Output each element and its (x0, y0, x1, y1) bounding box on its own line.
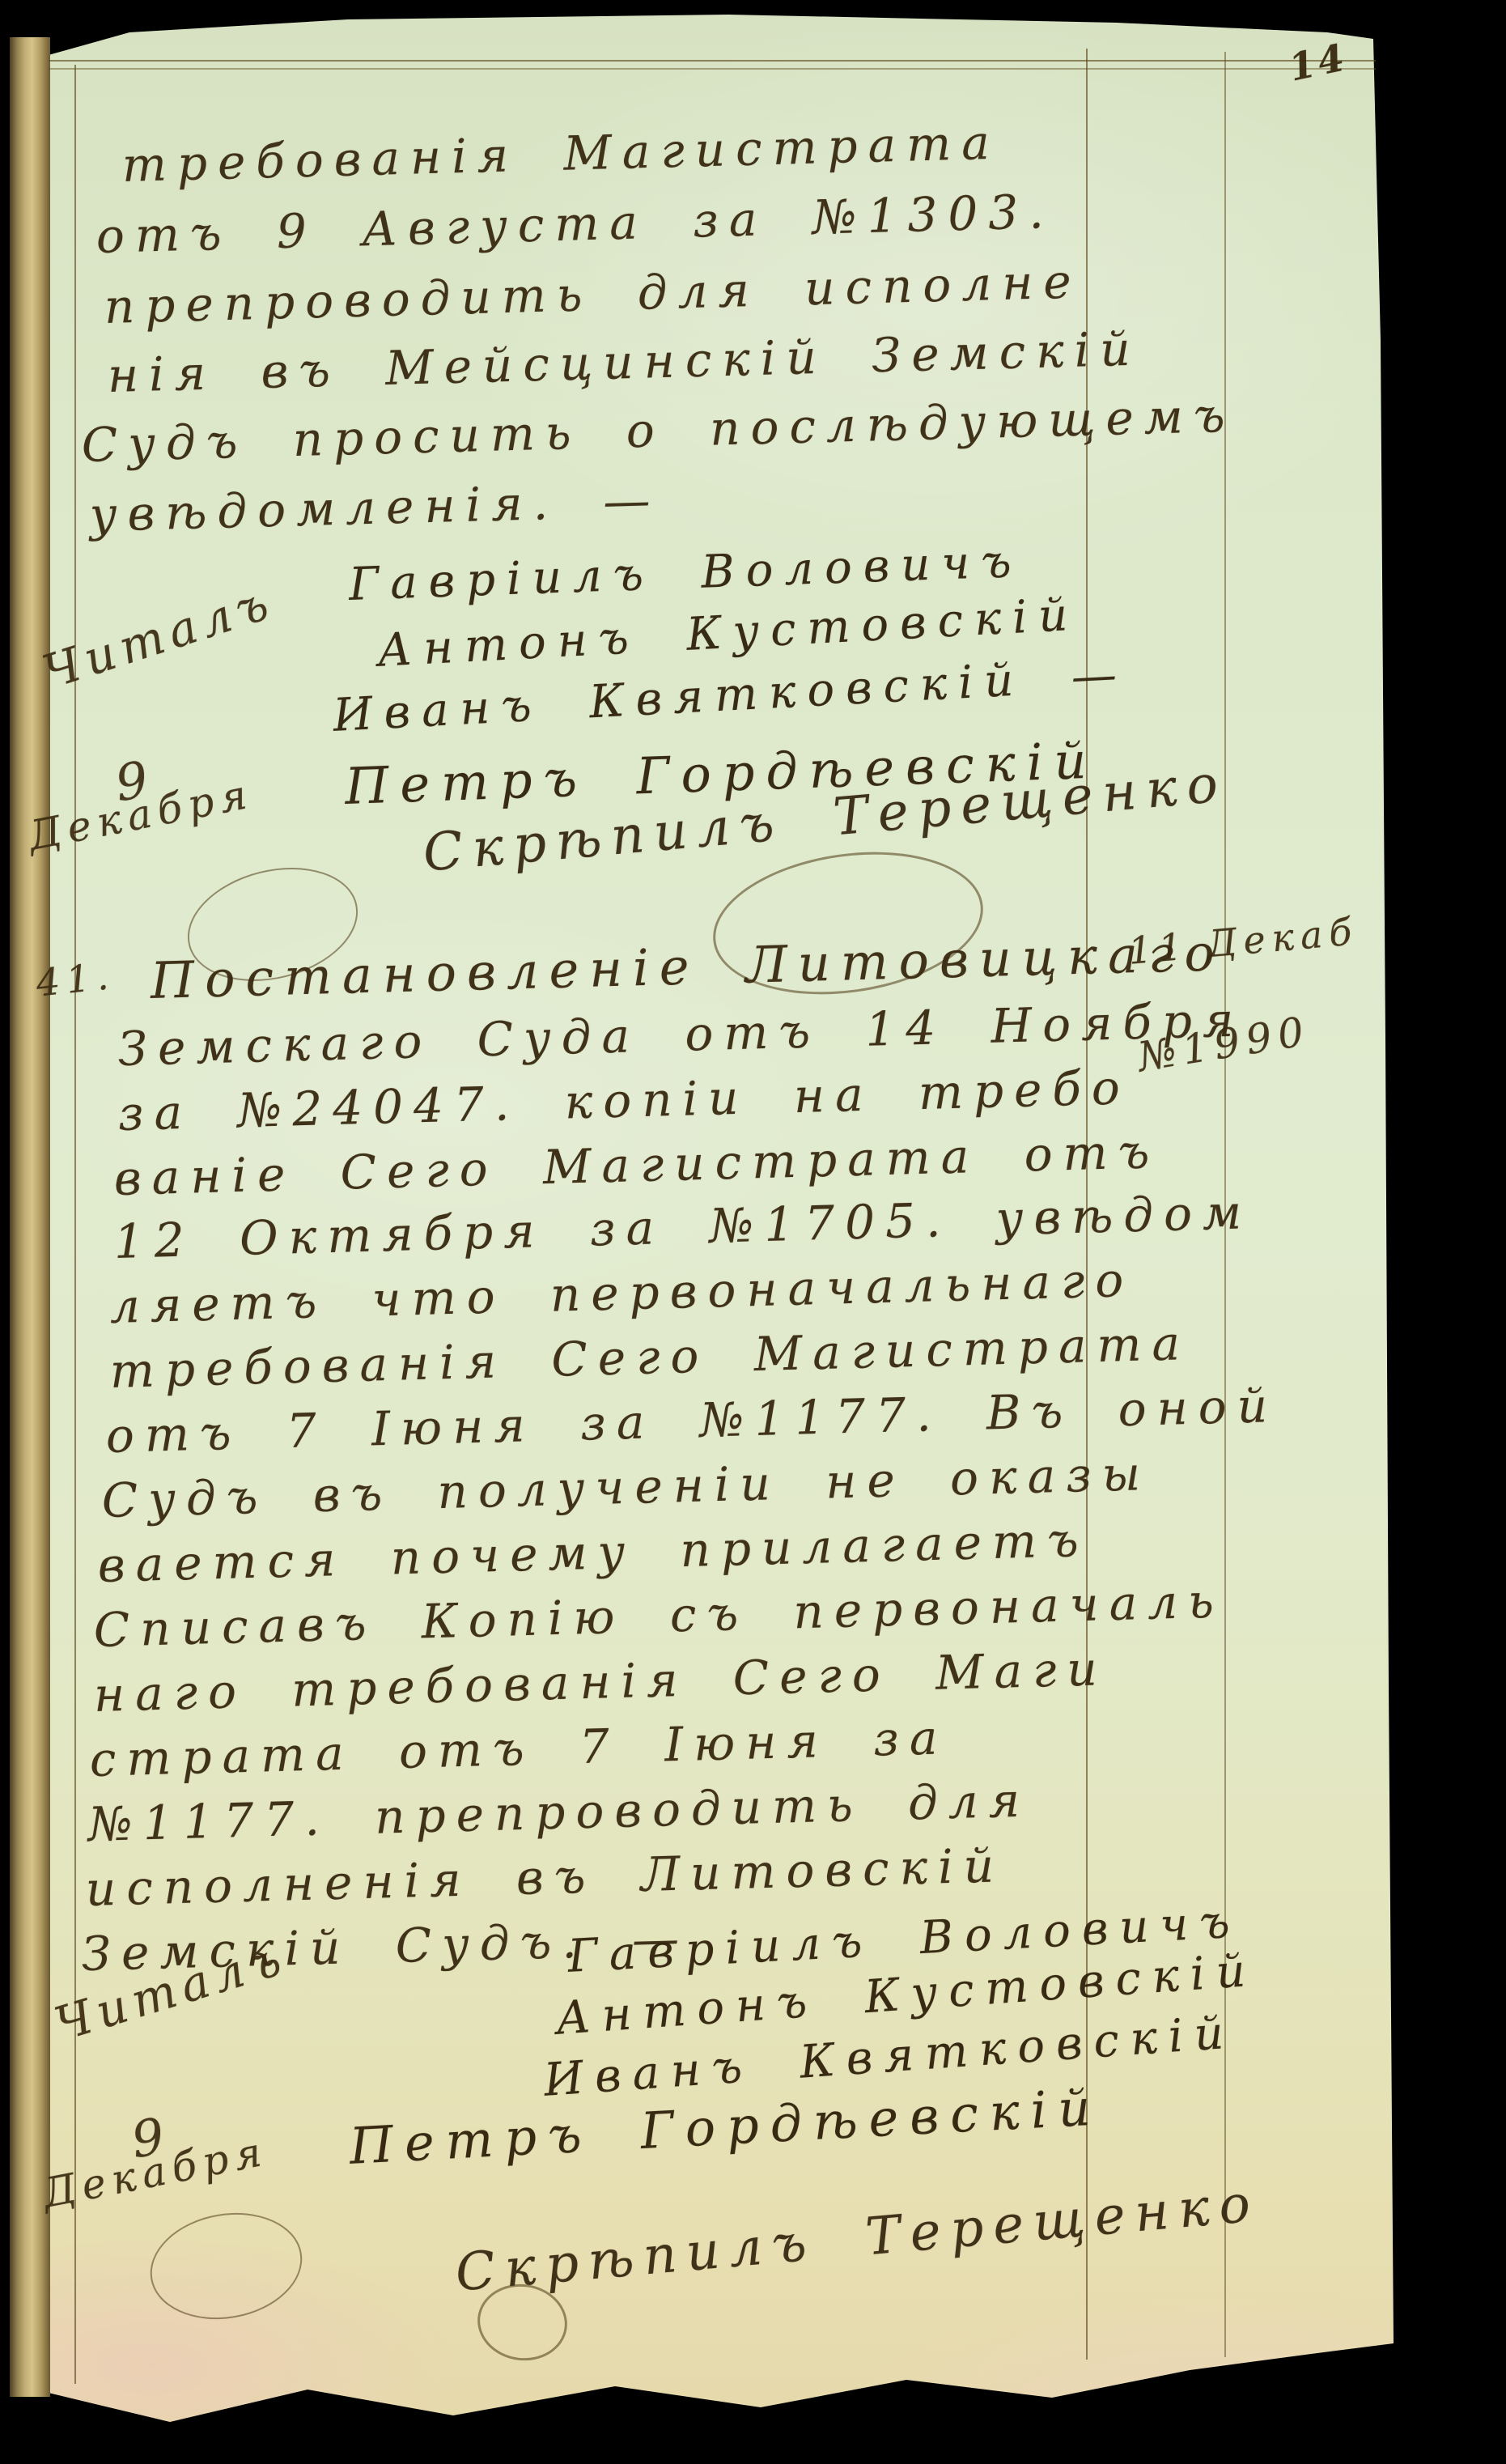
manuscript-photo: 14 требованія Магистрата отъ 9 Августа з… (0, 0, 1506, 2464)
entry-number: 41. (34, 954, 117, 1005)
book-edge-strip (10, 37, 50, 2397)
top-rule-inner (49, 68, 1376, 70)
top-rule-outer (49, 60, 1376, 62)
